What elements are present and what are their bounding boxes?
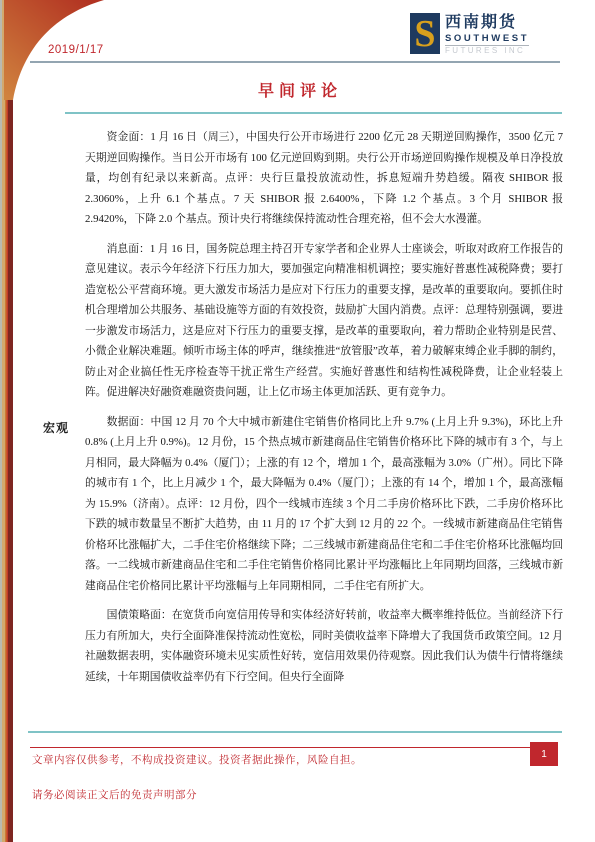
footer-red-rule xyxy=(30,747,530,748)
disclaimer-note: 请务必阅读正文后的免责声明部分 xyxy=(32,787,197,802)
body-paragraph: 国债策略面：在宽货币向宽信用传导和实体经济好转前，收益率大概率维持低位。当前经济… xyxy=(85,605,563,687)
paragraph-label: 国债策略面： xyxy=(107,609,172,621)
logo-text: 西南期货 SOUTHWEST FUTURES INC xyxy=(445,13,529,55)
header-divider xyxy=(30,61,560,63)
paragraph-text: 1 月 16 日（周三），中国央行公开市场进行 2200 亿元 28 天期逆回购… xyxy=(85,131,563,225)
document-body: 资金面：1 月 16 日（周三），中国央行公开市场进行 2200 亿元 28 天… xyxy=(85,127,563,696)
report-date: 2019/1/17 xyxy=(48,44,104,56)
page-number-badge: 1 xyxy=(530,742,558,766)
logo-en-subtitle: FUTURES INC xyxy=(445,47,529,55)
disclaimer-text: 文章内容仅供参考，不构成投资建议。投资者据此操作，风险自担。 xyxy=(32,752,362,767)
svg-text:S: S xyxy=(414,13,435,54)
paragraph-label: 资金面： xyxy=(107,131,151,143)
left-edge-decoration xyxy=(0,0,13,842)
logo-en-name: SOUTHWEST xyxy=(445,34,529,46)
company-logo: S 西南期货 SOUTHWEST FUTURES INC xyxy=(410,13,529,55)
logo-cn-name: 西南期货 xyxy=(445,15,529,31)
body-paragraph: 消息面：1 月 16 日，国务院总理主持召开专家学者和企业界人士座谈会，听取对政… xyxy=(85,239,563,403)
title-divider xyxy=(65,112,562,114)
footer-divider xyxy=(28,731,562,733)
paragraph-label: 数据面： xyxy=(107,416,151,428)
document-page: 2019/1/17 S 西南期货 SOUTHWEST FUTURES INC 早… xyxy=(0,0,595,842)
paragraph-text: 中国 12 月 70 个大中城市新建住宅销售价格同比上升 9.7% (上月上升 … xyxy=(85,416,563,592)
section-label-macro: 宏观 xyxy=(43,419,69,436)
body-paragraph: 资金面：1 月 16 日（周三），中国央行公开市场进行 2200 亿元 28 天… xyxy=(85,127,563,230)
paragraph-label: 消息面： xyxy=(107,243,150,255)
body-paragraph: 数据面：中国 12 月 70 个大中城市新建住宅销售价格同比上升 9.7% (上… xyxy=(85,412,563,597)
paragraph-text: 1 月 16 日，国务院总理主持召开专家学者和企业界人士座谈会，听取对政府工作报… xyxy=(85,243,563,399)
logo-s-mark-icon: S xyxy=(410,13,440,54)
page-title: 早间评论 xyxy=(0,78,595,101)
